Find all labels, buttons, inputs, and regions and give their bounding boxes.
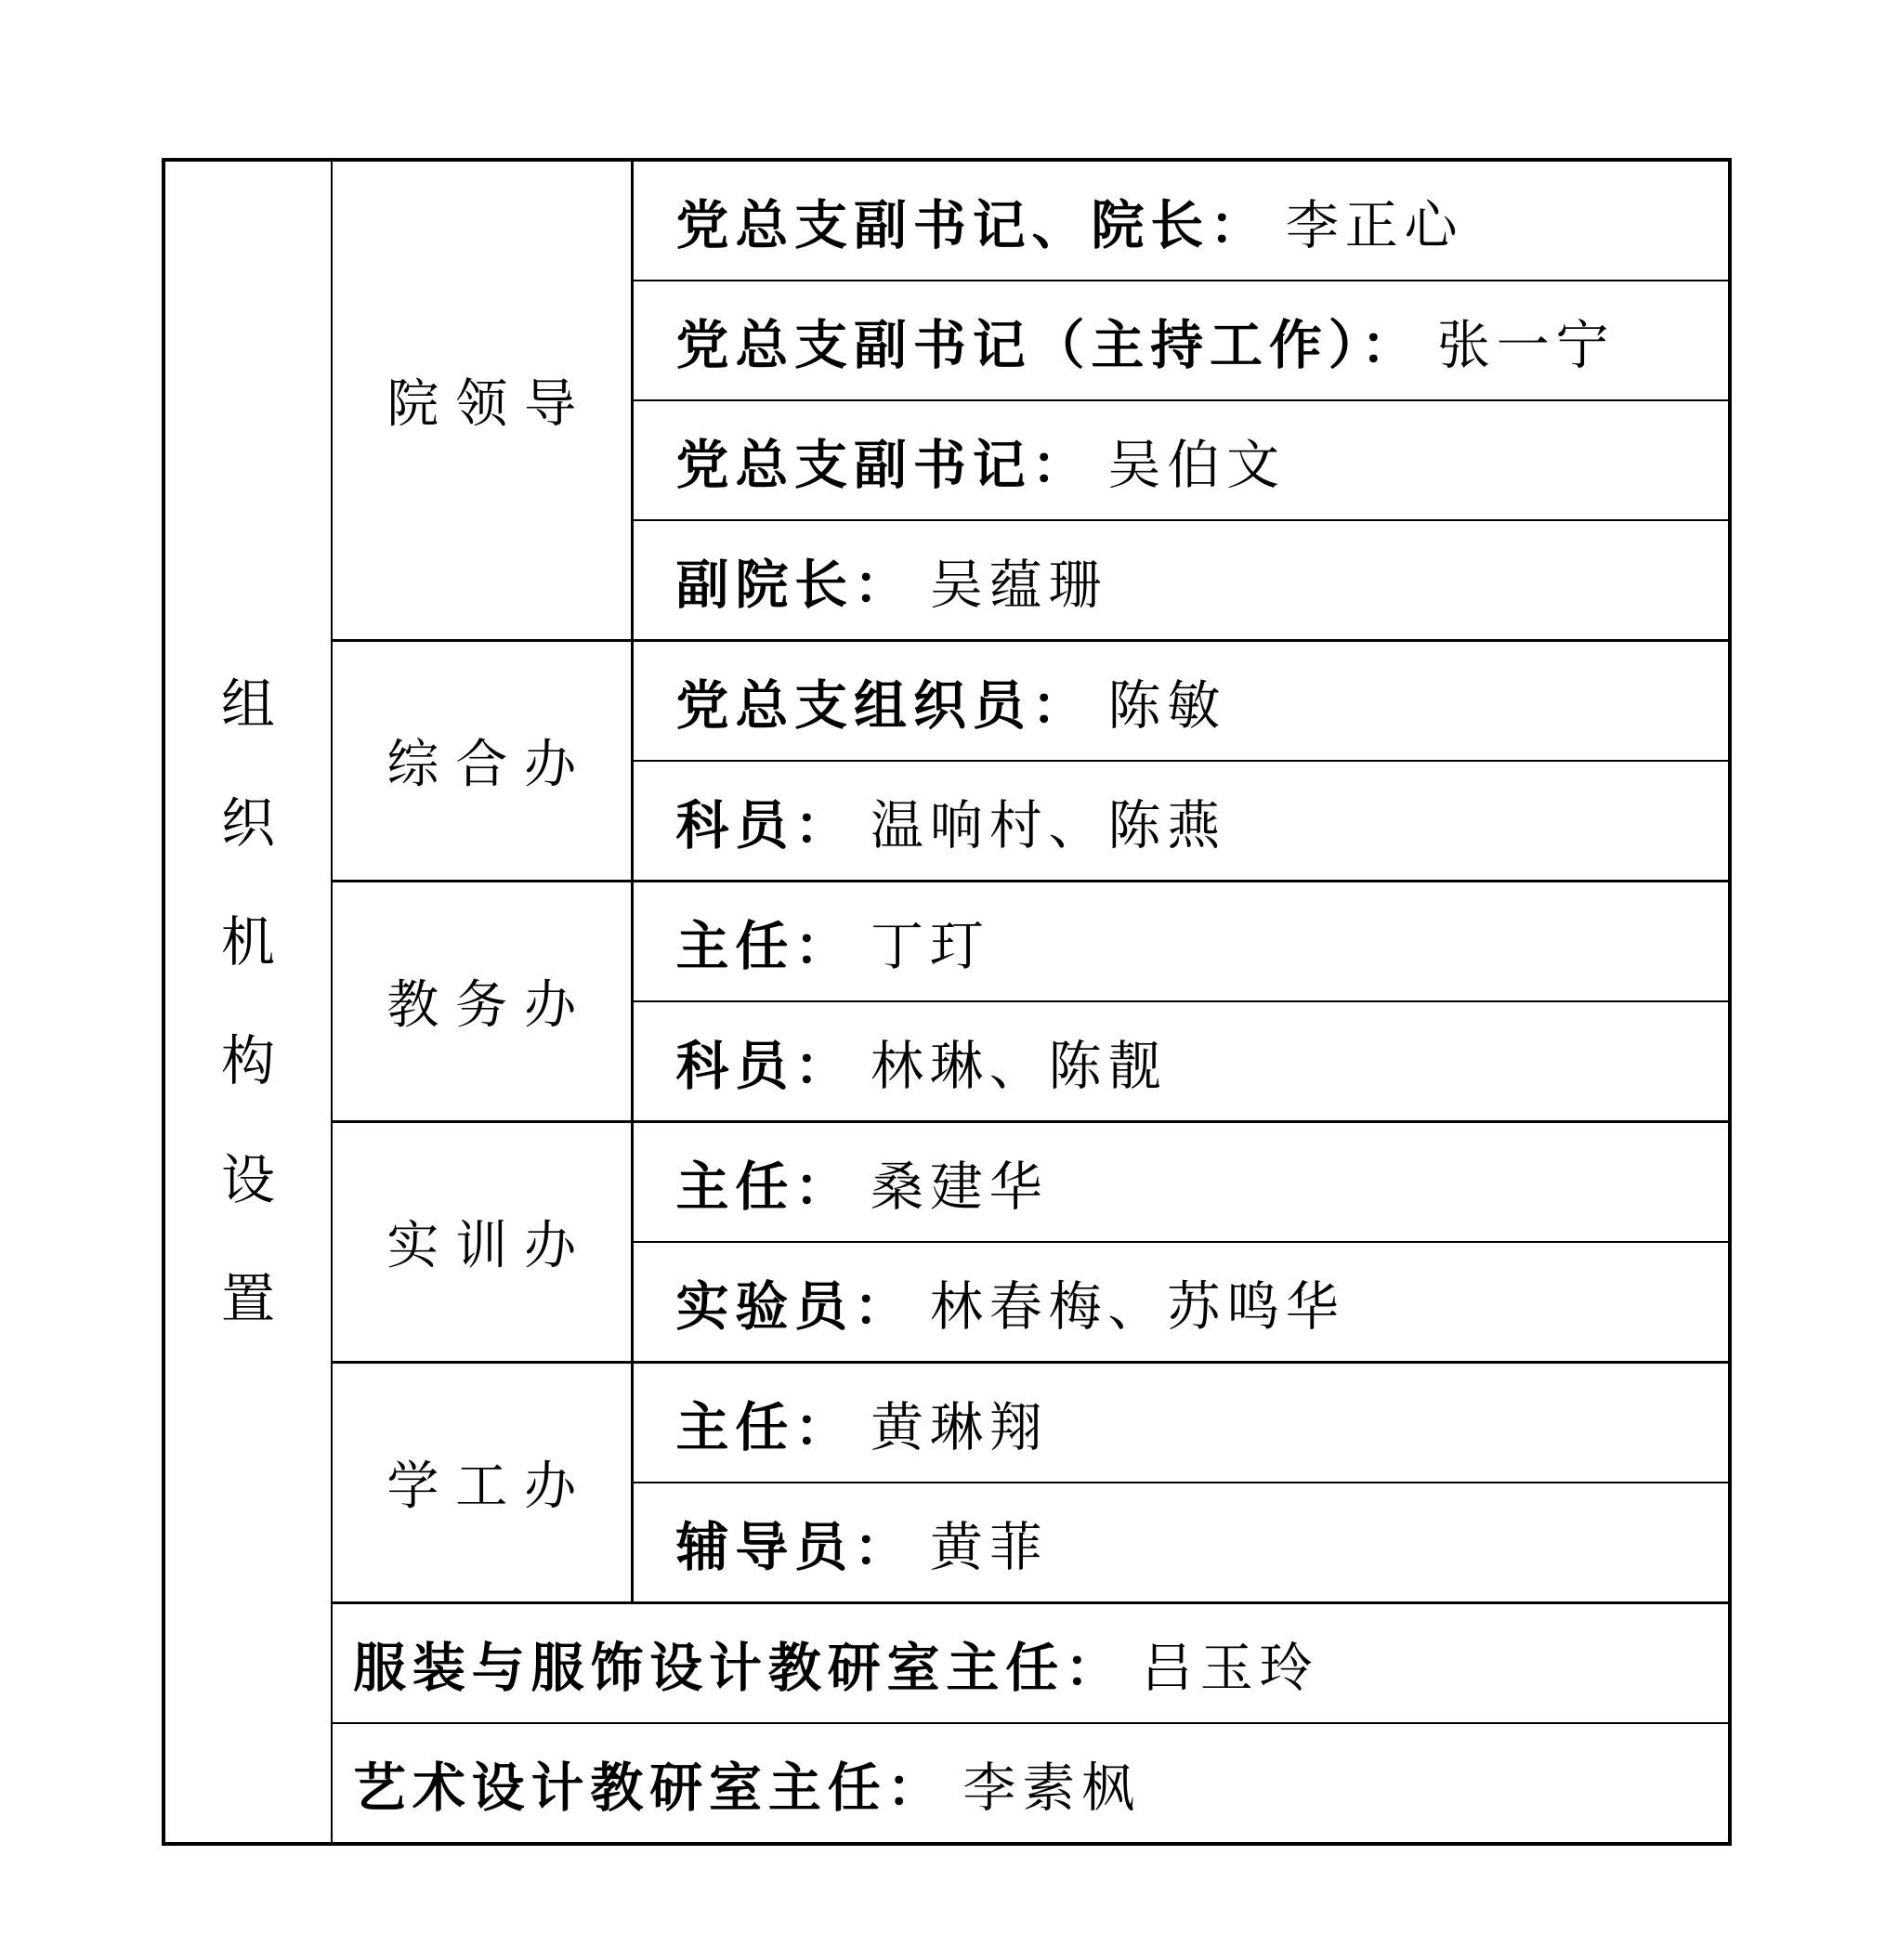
position-label: 科员： [676, 1038, 855, 1096]
table-row: 教务办 主任：丁玎 [164, 882, 1730, 1002]
person-name: 林琳、陈靓 [871, 1038, 1167, 1096]
position-cell: 党总支副书记（主持工作）：张一宁 [632, 281, 1730, 400]
table-row: 艺术设计教研室主任：李素枫 [164, 1723, 1730, 1844]
position-label: 党总支副书记（主持工作）： [676, 317, 1420, 375]
full-width-cell: 艺术设计教研室主任：李素枫 [332, 1723, 1730, 1844]
position-cell: 科员：温响村、陈燕 [632, 761, 1730, 882]
position-label: 实验员： [676, 1278, 913, 1337]
org-structure-table: 组 织 机 构 设 置 院领导 党总支副书记、院长：李正心 党总支副书记（主持工… [162, 158, 1732, 1846]
person-name: 李正心 [1286, 197, 1464, 255]
position-cell: 党总支副书记：吴伯文 [632, 400, 1730, 520]
position-label: 主任： [676, 1158, 855, 1217]
position-label: 党总支组织员： [676, 677, 1092, 736]
position-cell: 实验员：林春梅、苏鸣华 [632, 1242, 1730, 1363]
position-cell: 副院长：吴蕴珊 [632, 520, 1730, 641]
category-char-4: 构 [165, 1002, 331, 1121]
category-char-2: 织 [165, 764, 331, 883]
position-cell: 党总支副书记、院长：李正心 [632, 160, 1730, 281]
position-cell: 主任：丁玎 [632, 882, 1730, 1002]
person-name: 李素枫 [962, 1759, 1141, 1818]
position-cell: 主任：桑建华 [632, 1122, 1730, 1243]
person-name: 吕玉玲 [1141, 1640, 1319, 1698]
table-row: 学工办 主任：黄琳翔 [164, 1363, 1730, 1483]
person-name: 温响村、陈燕 [871, 797, 1226, 856]
table-row: 服装与服饰设计教研室主任：吕玉玲 [164, 1603, 1730, 1724]
position-label: 党总支副书记： [676, 437, 1092, 495]
position-label: 艺术设计教研室主任： [353, 1759, 946, 1818]
person-name: 张一宁 [1437, 317, 1616, 375]
full-width-cell: 服装与服饰设计教研室主任：吕玉玲 [332, 1603, 1730, 1724]
group-label-cell-leadership: 院领导 [332, 160, 632, 641]
group-label-cell-student-office: 学工办 [332, 1363, 632, 1603]
position-label: 服装与服饰设计教研室主任： [353, 1640, 1124, 1698]
position-label: 主任： [676, 1399, 855, 1457]
position-label: 副院长： [676, 556, 913, 615]
position-label: 辅导员： [676, 1519, 913, 1577]
category-char-3: 机 [165, 883, 331, 1002]
person-name: 陈敏 [1107, 677, 1226, 736]
category-char-5: 设 [165, 1121, 331, 1240]
group-label-cell-training-office: 实训办 [332, 1122, 632, 1363]
position-cell: 主任：黄琳翔 [632, 1363, 1730, 1483]
person-name: 吴蕴珊 [930, 556, 1108, 615]
person-name: 吴伯文 [1107, 437, 1286, 495]
table-row: 实训办 主任：桑建华 [164, 1122, 1730, 1243]
person-name: 桑建华 [871, 1158, 1049, 1217]
position-cell: 党总支组织员：陈敏 [632, 641, 1730, 762]
person-name: 丁玎 [871, 918, 989, 976]
position-label: 党总支副书记、院长： [676, 197, 1269, 255]
position-label: 科员： [676, 797, 855, 856]
person-name: 黄琳翔 [871, 1399, 1049, 1457]
person-name: 林春梅、苏鸣华 [930, 1278, 1345, 1337]
table-row: 综合办 党总支组织员：陈敏 [164, 641, 1730, 762]
position-cell: 辅导员：黄菲 [632, 1483, 1730, 1603]
person-name: 黄菲 [930, 1519, 1049, 1577]
page: { "colors": { "background": "#ffffff", "… [0, 0, 1885, 1960]
position-label: 主任： [676, 918, 855, 976]
category-cell: 组 织 机 构 设 置 [164, 160, 332, 1844]
table-row: 组 织 机 构 设 置 院领导 党总支副书记、院长：李正心 [164, 160, 1730, 281]
group-label-cell-general-office: 综合办 [332, 641, 632, 882]
position-cell: 科员：林琳、陈靓 [632, 1001, 1730, 1122]
group-label-cell-academic-office: 教务办 [332, 882, 632, 1122]
category-char-6: 置 [165, 1240, 331, 1359]
category-char-1: 组 [165, 646, 331, 764]
